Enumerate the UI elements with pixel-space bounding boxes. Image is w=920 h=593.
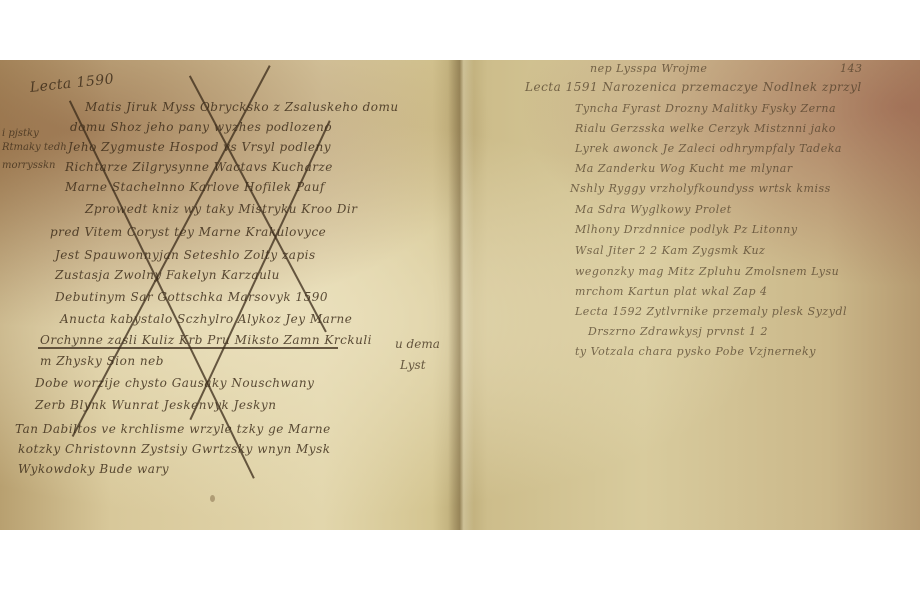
manuscript-line: Lecta 1592 Zytlvrnike przemaly plesk Syz… <box>575 305 847 318</box>
margin-note: Lyst <box>400 358 426 372</box>
manuscript-line: Mlhony Drzdnnice podlyk Pz Litonny <box>575 223 798 236</box>
manuscript-line: Dobe worzije chysto Gausaky Nouschwany <box>35 376 314 390</box>
manuscript-line: Debutinym Sar Gottschka Marsovyk 1590 <box>55 290 328 304</box>
page-header: nep Lysspa Wrojme <box>590 62 707 75</box>
manuscript-line: Zustasja Zwolny Fakelyn Karzaulu <box>55 268 280 282</box>
manuscript-line: Marne Stachelnno Karlove Hofilek Pauf <box>65 180 325 194</box>
right-page: nep Lysspa Wrojme 143 Lecta 1591 Narozen… <box>470 60 920 530</box>
manuscript-line: Wykowdoky Bude wary <box>18 462 169 476</box>
manuscript-line: Ma Zanderku Wog Kucht me mlynar <box>575 162 793 175</box>
left-page: Lecta 1590 i pjstky Rtmaky tedh morryssk… <box>0 60 455 530</box>
manuscript-line: ty Votzala chara pysko Pobe Vzjnerneky <box>575 345 816 358</box>
margin-note: u dema <box>395 337 440 351</box>
manuscript-line: Nshly Ryggy vrzholyfkoundyss wrtsk kmiss <box>570 182 831 195</box>
manuscript-line: Jeho Zygmuste Hospod vs Vrsyl podleny <box>68 140 331 154</box>
manuscript-line: Jest Spauwonnyjan Seteshlo Zolty zapis <box>55 248 316 262</box>
manuscript-line: m Zhysky Sion neb <box>40 354 164 368</box>
manuscript-line: Wsal Jiter 2 2 Kam Zygsmk Kuz <box>575 244 765 257</box>
margin-note: morrysskn <box>2 160 55 171</box>
manuscript-line: mrchom Kartun plat wkal Zap 4 <box>575 285 768 298</box>
manuscript-line: wegonzky mag Mitz Zpluhu Zmolsnem Lysu <box>575 265 839 278</box>
manuscript-line: Zerb Blynk Wunrat Jeskenvyk Jeskyn <box>35 398 276 412</box>
ink-blot <box>210 495 215 502</box>
strikethrough-line <box>38 347 338 349</box>
manuscript-line: Rialu Gerzsska welke Cerzyk Mistznni jak… <box>575 122 836 135</box>
margin-note: Rtmaky tedh <box>2 142 67 153</box>
manuscript-line: Orchynne zasli Kuliz Krb Pru Miksto Zamn… <box>40 333 372 347</box>
manuscript-line: Tan Dabiltos ve krchlisme wrzyle tzky ge… <box>15 422 331 436</box>
manuscript-line: pred Vitem Coryst tey Marne Krakulovyce <box>50 225 326 239</box>
margin-note: i pjstky <box>2 128 39 139</box>
manuscript-line: Lecta 1591 Narozenica przemaczye Nodlnek… <box>525 80 862 94</box>
manuscript-line: Matis Jiruk Myss Obrycksko z Zsaluskeho … <box>85 100 399 114</box>
manuscript-line: Anucta kabystalo Sczhylro Alykoz Jey Mar… <box>60 312 352 326</box>
page-number: 143 <box>840 62 863 75</box>
manuscript-line: kotzky Christovnn Zystsiy Gwrtzsky wnyn … <box>18 442 331 456</box>
entry-marker: Lecta 1590 <box>29 71 115 96</box>
manuscript-line: Ma Sdra Wyglkowy Prolet <box>575 203 732 216</box>
manuscript-line: Tyncha Fyrast Drozny Malitky Fysky Zerna <box>575 102 836 115</box>
manuscript-line: domu Shoz jeho pany wyzhes podlozeno <box>70 120 332 134</box>
manuscript-line: Lyrek awonck Je Zaleci odhrympfaly Tadek… <box>575 142 842 155</box>
manuscript-line: Drszrno Zdrawkysj prvnst 1 2 <box>588 325 768 338</box>
manuscript-photo: Lecta 1590 i pjstky Rtmaky tedh morryssk… <box>0 60 920 530</box>
